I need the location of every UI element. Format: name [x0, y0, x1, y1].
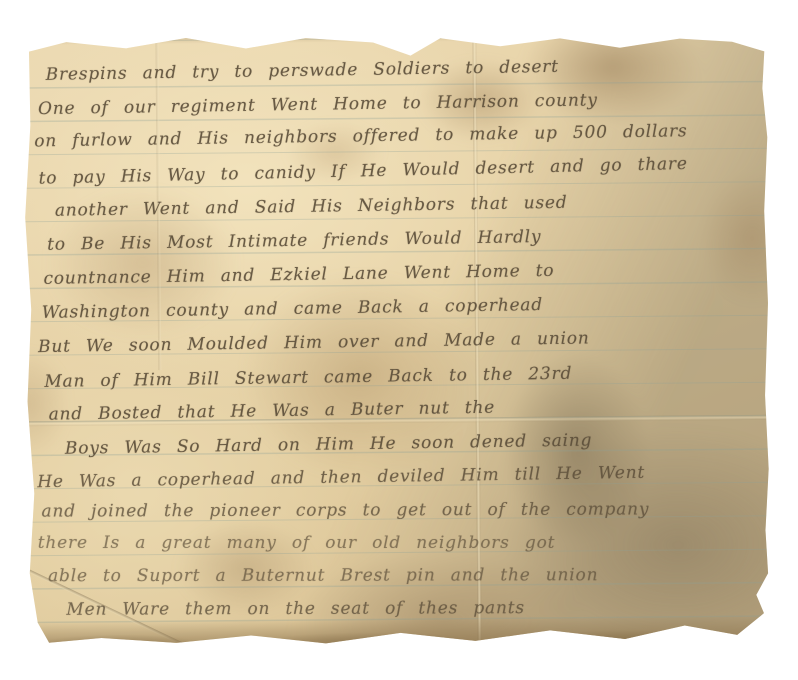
handwritten-line: on furlow and His neighbors offered to m… — [34, 121, 688, 151]
handwritten-line: to Be His Most Intimate friends Would Ha… — [47, 227, 541, 255]
handwritten-line: One of our regiment Went Home to Harriso… — [38, 90, 598, 119]
handwritten-line: Men Ware them on the seat of thes pants — [66, 598, 525, 620]
scanned-letter-image: Brespins and try to perswade Soldiers to… — [0, 0, 798, 680]
handwritten-line: Man of Him Bill Stewart came Back to the… — [44, 364, 572, 392]
handwritten-line: Boys Was So Hard on Him He soon dened sa… — [65, 430, 593, 458]
handwritten-line: Washington county and came Back a coperh… — [42, 295, 544, 323]
handwritten-line: to pay His Way to canidy If He Would des… — [38, 154, 688, 189]
handwritten-line: Brespins and try to perswade Soldiers to… — [46, 57, 559, 85]
handwritten-line: another Went and Said His Neighbors that… — [55, 193, 568, 221]
handwritten-line: He Was a coperhead and then deviled Him … — [37, 463, 645, 493]
letter-paper: Brespins and try to perswade Soldiers to… — [21, 27, 774, 648]
handwritten-line: and Bosted that He Was a Buter nut the — [49, 398, 496, 425]
handwritten-line: and joined the pioneer corps to get out … — [41, 499, 649, 521]
handwritten-line: But We soon Moulded Him over and Made a … — [38, 328, 590, 357]
handwritten-text: Brespins and try to perswade Soldiers to… — [31, 27, 776, 647]
handwritten-line: there Is a great many of our old neighbo… — [38, 533, 555, 553]
handwritten-line: countnance Him and Ezkiel Lane Went Home… — [43, 261, 554, 289]
handwritten-line: able to Suport a Buternut Brest pin and … — [48, 565, 598, 586]
